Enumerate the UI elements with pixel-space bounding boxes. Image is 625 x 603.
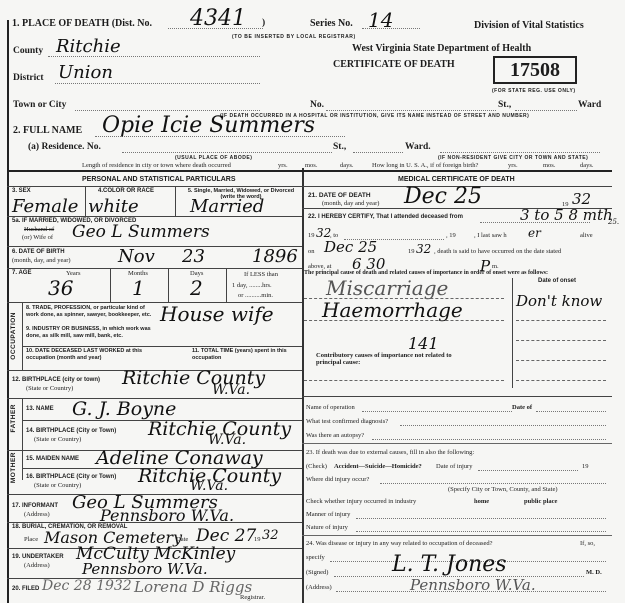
onset-value: Don't know (516, 292, 602, 310)
nonresident-note: (IF NON-RESIDENT GIVE CITY OR TOWN AND S… (438, 155, 588, 161)
line2-prefix: 19 (308, 232, 315, 239)
operation-line (362, 411, 512, 412)
color-label: 4.COLOR OR RACE (98, 188, 154, 194)
rule (516, 340, 606, 341)
state-use-note: (FOR STATE REG. USE ONLY) (492, 88, 576, 94)
dist-no: 4341 (190, 6, 246, 31)
father-name: G. J. Boyne (72, 398, 176, 420)
dod-value: Dec 25 (404, 184, 482, 209)
rule (516, 380, 606, 381)
ward-label: Ward (578, 100, 601, 110)
filed-date: Dec 28 1932 (42, 578, 132, 594)
on-year-prefix: 19 (408, 248, 415, 255)
registrar-signature: Lorena D Riggs (134, 578, 252, 596)
rule (304, 320, 504, 321)
cause-code: 141 (408, 334, 439, 353)
undertaker-address: Pennsboro W.Va. (82, 560, 208, 578)
father-birthplace-sub: (State or Country) (34, 436, 81, 443)
state-number-box: 17508 (493, 56, 577, 84)
color-value: white (88, 196, 139, 217)
district-value: Union (58, 62, 113, 83)
rule (302, 535, 612, 536)
paren-close: ) (262, 18, 265, 28)
town-line (75, 110, 260, 111)
residence-st-line (353, 152, 403, 153)
autopsy-line (372, 439, 606, 440)
header-divider (7, 170, 612, 172)
hrs-label: 1 day, ........hrs. (232, 282, 272, 289)
usa-yrs-label: yrs. (508, 162, 518, 169)
father-name-label: 13. NAME (26, 406, 54, 412)
said-label: , death is said to have occurred on the … (434, 248, 561, 255)
physician-address: Pennsboro W.Va. (410, 576, 536, 594)
husband-label: Husband of (24, 226, 54, 233)
industry-check-label: Check whether injury occurred in industr… (306, 498, 416, 505)
injury-date-label: Date of injury (436, 463, 472, 470)
dob-day: 23 (182, 246, 205, 267)
residence-ward-line (440, 152, 600, 153)
left-border (7, 20, 9, 603)
accident-label[interactable]: Accident—Suicide—Homicide? (334, 463, 422, 470)
certificate-title: CERTIFICATE OF DEATH (333, 59, 455, 70)
center-divider (302, 168, 304, 603)
line2-19: , 19 (446, 232, 456, 239)
check-label: (Check) (306, 463, 327, 470)
cause-2: Haemorrhage (322, 298, 463, 322)
dob-year: 1896 (252, 246, 298, 267)
rule (7, 522, 302, 523)
external-label: 23. If death was due to external causes,… (306, 449, 474, 456)
full-name-label: 2. FULL NAME (13, 125, 82, 136)
dob-sub: (month, day, and year) (12, 257, 71, 264)
nature-line (356, 531, 606, 532)
age-months: 1 (132, 276, 145, 300)
min-label: or ..........min. (238, 292, 273, 299)
home-label: home (474, 498, 489, 505)
informant-sub: (Address) (24, 511, 50, 518)
mother-side-label: MOTHER (10, 452, 17, 483)
rule (85, 186, 86, 216)
autopsy-label: Was there an autopsy? (306, 432, 364, 439)
rule (175, 186, 176, 216)
above-label: above, at (308, 263, 331, 270)
occupational-label: 24. Was disease or injury in any way rel… (306, 540, 493, 547)
contributory-label: Contributory causes of importance not re… (316, 352, 466, 366)
abode-note: (USUAL PLACE OF ABODE) (175, 155, 252, 161)
series-no: 14 (368, 8, 393, 32)
residence-label: (a) Residence. No. (28, 142, 101, 152)
birthplace-state: W.Va. (212, 382, 250, 398)
occupation-side-label: OCCUPATION (10, 312, 17, 360)
signed-label: (Signed) (306, 569, 328, 576)
death-certificate: 1. PLACE OF DEATH (Dist. No. 4341 ) Seri… (0, 0, 625, 603)
rule (168, 268, 169, 302)
m-label: m. (492, 263, 499, 270)
mos-label: mos. (305, 162, 317, 169)
alive-label: alive (580, 232, 593, 239)
trade-value: House wife (160, 302, 274, 326)
age-label: 7. AGE (12, 270, 31, 276)
total-time-label: 11. TOTAL TIME (years) spent in this occ… (192, 348, 292, 362)
burial-date-label: Date (176, 536, 188, 543)
dob-label: 6. DATE OF BIRTH (12, 249, 65, 255)
sex-value: Female (12, 196, 78, 217)
specify-note: (Specify City or Town, County, and State… (448, 486, 558, 493)
on-date: Dec 25 (324, 238, 377, 256)
no-label: No. (310, 100, 324, 110)
specify-label: specify (306, 554, 325, 561)
medical-section-title: MEDICAL CERTIFICATE OF DEATH (398, 176, 515, 183)
md-label: M. D. (586, 569, 602, 576)
rule (516, 320, 606, 321)
st-line (515, 110, 577, 111)
personal-section-title: PERSONAL AND STATISTICAL PARTICULARS (82, 176, 235, 183)
dob-month: Nov (118, 246, 155, 267)
address-label: (Address) (306, 584, 332, 591)
manner-label: Manner of injury (306, 511, 350, 518)
usa-label: How long in U. S. A., if of foreign birt… (372, 162, 478, 169)
rule (7, 268, 302, 269)
rule (512, 278, 513, 388)
rule (302, 443, 612, 444)
st-label: St., (498, 100, 511, 110)
on-year: 32 (416, 242, 431, 256)
inserted-note: (TO BE INSERTED BY LOCAL REGISTRAR) (232, 34, 356, 40)
burial-date: Dec 27 (196, 526, 256, 546)
undertaker-label: 19. UNDERTAKER (12, 554, 64, 560)
last-saw-value: er (528, 226, 541, 240)
rule (226, 268, 227, 302)
marital-value: Married (190, 196, 264, 217)
nature-label: Nature of injury (306, 524, 348, 531)
district-label: District (13, 73, 44, 83)
attended-from: 3 to 5 8 mth (520, 206, 613, 224)
public-place-label: public place (524, 498, 557, 505)
age-years: 36 (48, 276, 73, 300)
county-value: Ritchie (56, 36, 121, 57)
residence-line (122, 152, 332, 153)
dod-sub: (month, day and year) (322, 200, 379, 207)
burial-year-prefix: 19 (254, 536, 261, 543)
rule (110, 268, 111, 302)
margin-note: 25. (608, 218, 619, 226)
dod-label: 21. DATE OF DEATH (308, 192, 371, 199)
spouse-value: Geo L Summers (72, 222, 210, 242)
operation-label: Name of operation (306, 404, 355, 411)
rule (302, 396, 612, 397)
age-days: 2 (190, 276, 203, 300)
residence-st-label: St., (333, 142, 346, 152)
mother-birthplace-label: 16. BIRTHPLACE (City or Town) (26, 474, 116, 480)
no-line (326, 110, 496, 111)
rule (22, 346, 302, 347)
father-birthplace-state: W.Va. (208, 432, 246, 448)
last-saw-label: , I last saw h (474, 232, 507, 239)
county-label: County (13, 46, 43, 56)
yrs-label: yrs. (278, 162, 288, 169)
undertaker-sub: (Address) (24, 562, 50, 569)
district-line (55, 83, 260, 84)
injury-year-prefix: 19 (582, 463, 589, 470)
on-label: on (308, 248, 315, 255)
industry-label: 9. INDUSTRY OR BUSINESS, in which work w… (26, 326, 156, 340)
less-label: If LESS than (244, 271, 278, 278)
burial-year: 32 (262, 528, 279, 543)
burial-place-label: Place (24, 536, 38, 543)
usa-days-label: days. (580, 162, 594, 169)
father-side-label: FATHER (10, 404, 17, 433)
last-worked-label: 10. DATE DECEASED LAST WORKED at this oc… (26, 348, 156, 362)
certify-label: 22. I HEREBY CERTIFY, That I attended de… (308, 214, 463, 220)
injury-date-line (478, 470, 578, 471)
trade-label: 8. TRADE, PROFESSION, or particular kind… (26, 305, 156, 319)
division-title: Division of Vital Statistics (474, 20, 584, 31)
informant-label: 17. INFORMANT (12, 503, 58, 509)
rule (7, 186, 302, 187)
where-label: Where did injury occur? (306, 476, 369, 483)
filed-label: 20. FILED (12, 586, 39, 592)
rule (304, 380, 504, 381)
rule (22, 302, 23, 370)
rule (516, 360, 606, 361)
length-residence-label: Length of residence in city or town wher… (82, 162, 231, 169)
date-of-label: Date of (512, 404, 532, 411)
test-label: What test confirmed diagnosis? (306, 418, 388, 425)
registrar-label: Registrar. (240, 594, 265, 601)
test-line (400, 425, 606, 426)
mother-maiden-label: 15. MAIDEN NAME (26, 456, 79, 462)
rule (7, 216, 302, 217)
wife-label: (or) Wife of (22, 234, 53, 241)
father-birthplace-label: 14. BIRTHPLACE (City or Town) (26, 428, 116, 434)
usa-mos-label: mos. (543, 162, 555, 169)
onset-header: Date of onset (538, 278, 576, 284)
physician-signature: L. T. Jones (392, 552, 507, 577)
birthplace-label: 12. BIRTHPLACE (city or town) (12, 377, 100, 383)
days-label: days. (340, 162, 354, 169)
if-so-label: If, so, (580, 540, 595, 547)
town-label: Town or City (13, 100, 66, 110)
birthplace-sub: (State or Country) (26, 385, 73, 392)
department-title: West Virginia State Department of Health (352, 43, 531, 54)
series-label: Series No. (310, 18, 353, 29)
full-name-value: Opie Icie Summers (102, 113, 315, 138)
manner-line (356, 518, 606, 519)
mother-birthplace-sub: (State or Country) (34, 482, 81, 489)
date-of-line (536, 411, 606, 412)
sex-label: 3. SEX (12, 188, 31, 194)
cause-1: Miscarriage (326, 276, 448, 300)
residence-ward-label: Ward. (405, 142, 431, 152)
where-line (380, 483, 606, 484)
place-of-death-label: 1. PLACE OF DEATH (Dist. No. (12, 18, 152, 29)
